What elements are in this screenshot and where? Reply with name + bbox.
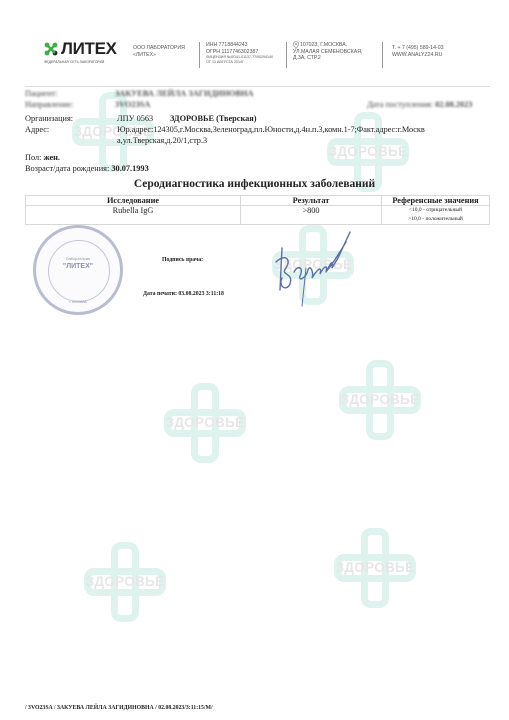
watermark-logo: ЗДОРОВЬЕ	[160, 383, 250, 463]
received-date: Дата поступления: 02.08.2023	[367, 100, 472, 110]
test-name: Rubella IgG	[26, 206, 241, 225]
watermark-text: ЗДОРОВЬЕ	[160, 415, 250, 430]
watermark-logo: ЗДОРОВЬЕ	[330, 528, 420, 608]
lab-address: 107023, Г.МОСКВА, УЛ.МАЛАЯ СЕМЕНОВСКАЯ, …	[300, 42, 362, 62]
column-header-reference: Референсные значения	[382, 196, 490, 206]
website-link: WWW.ANALYZ24.RU	[392, 52, 443, 59]
watermark-logo: ЗДОРОВЬЕ	[80, 542, 170, 622]
divider	[382, 42, 383, 68]
watermark-text: ЗДОРОВЬЕ	[330, 560, 420, 575]
table-row: Rubella IgG >800 <10,0 - отрицательный >…	[26, 206, 490, 225]
litex-logo: ЛИТЕХ ФЕДЕРАЛЬНАЯ СЕТЬ ЛАБОРАТОРИЙ	[44, 40, 120, 68]
license-date: ОТ 13 АВГУСТА 2014Г.	[206, 60, 273, 65]
stamp-name: "ЛИТЕХ"	[36, 263, 120, 270]
company-name: ООО ЛАБОРАТОРИЯ «ЛИТЕХ»	[133, 45, 185, 58]
org-code: ЛПУ 0563	[117, 114, 153, 124]
lab-stamp: Лаборатория "ЛИТЕХ" г. МОСКВА	[33, 225, 123, 315]
date-of-birth: Возраст/дата рождения: 30.07.1993	[25, 164, 149, 174]
logo-x-icon	[44, 42, 58, 56]
report-title: Серодиагностика инфекционных заболеваний	[0, 178, 509, 190]
doctor-signature-label: Подпись врача:	[162, 257, 203, 263]
stamp-city: г. МОСКВА	[36, 300, 120, 304]
sex: Пол: жен.	[25, 153, 60, 163]
referral-label: Направление:	[25, 100, 73, 110]
watermark-text: ЗДОРОВЬЕ	[323, 144, 413, 159]
logo-brand: ЛИТЕХ	[61, 40, 117, 58]
received-value: 02.08.2023	[435, 100, 472, 109]
reference-positive: >10,0 - положительный	[382, 215, 489, 224]
results-table: Исследование Результат Референсные значе…	[25, 195, 490, 225]
patient-label: Пациент:	[25, 89, 58, 99]
dob-label: Возраст/дата рождения:	[25, 164, 109, 173]
print-date-label: Дата печати:	[143, 291, 177, 297]
stamp-inner-ring	[48, 240, 110, 302]
stamp-text: Лаборатория	[36, 256, 120, 261]
divider	[199, 42, 200, 68]
address-label: Адрес:	[25, 125, 49, 135]
company-line: ООО ЛАБОРАТОРИЯ	[133, 45, 185, 52]
divider	[286, 42, 287, 68]
contacts: Т. + 7 (495) 589-14-03 WWW.ANALYZ24.RU	[392, 45, 443, 58]
watermark-logo: ЗДОРОВЬЕ	[335, 360, 425, 440]
org-name: ЗДОРОВЬЕ (Тверская)	[170, 114, 257, 124]
watermark-text: ЗДОРОВЬЕ	[335, 392, 425, 407]
column-header-test: Исследование	[26, 196, 241, 206]
dob-value: 30.07.1993	[111, 164, 148, 173]
org-label: Организация:	[25, 114, 73, 124]
logo-subtitle: ФЕДЕРАЛЬНАЯ СЕТЬ ЛАБОРАТОРИЙ	[44, 60, 104, 64]
print-date-value: 03.08.2023 3:11:18	[178, 291, 224, 297]
reference-values: <10,0 - отрицательный >10,0 - положитель…	[382, 206, 490, 225]
received-label: Дата поступления:	[367, 100, 433, 109]
phone: Т. + 7 (495) 589-14-03	[392, 45, 443, 52]
sex-value: жен.	[44, 153, 60, 162]
print-date: Дата печати: 03.08.2023 3:11:18	[143, 291, 224, 297]
registration-info: ИНН 7718844243 ОГРН 1117746302387 ЛИЦЕНЗ…	[206, 42, 273, 65]
table-header-row: Исследование Результат Референсные значе…	[26, 196, 490, 206]
referral-number: 3VO23SA	[115, 100, 150, 110]
watermark-text: ЗДОРОВЬЕ	[80, 574, 170, 589]
reference-negative: <10,0 - отрицательный	[382, 206, 489, 215]
address-line: Д.3А, СТР.2	[293, 55, 362, 62]
patient-name: ЗАКУЕВА ЛЕЙЛА ЗАГИДИНОВНА	[115, 89, 254, 99]
address-line-2: а,ул.Тверская,д.20/1,стр.3	[117, 136, 207, 146]
footer-line: / 3VO23SA / ЗАКУЕВА ЛЕЙЛА ЗАГИДИНОВНА / …	[25, 705, 213, 711]
company-line: «ЛИТЕХ»	[133, 52, 185, 59]
sex-label: Пол:	[25, 153, 41, 162]
doctor-signature	[268, 228, 368, 308]
header-separator	[25, 86, 490, 87]
address-line-1: Юр.адрес:124305,г.Москва,Зеленоград,пл.Ю…	[117, 125, 425, 135]
test-result: >800	[241, 206, 382, 225]
column-header-result: Результат	[241, 196, 382, 206]
